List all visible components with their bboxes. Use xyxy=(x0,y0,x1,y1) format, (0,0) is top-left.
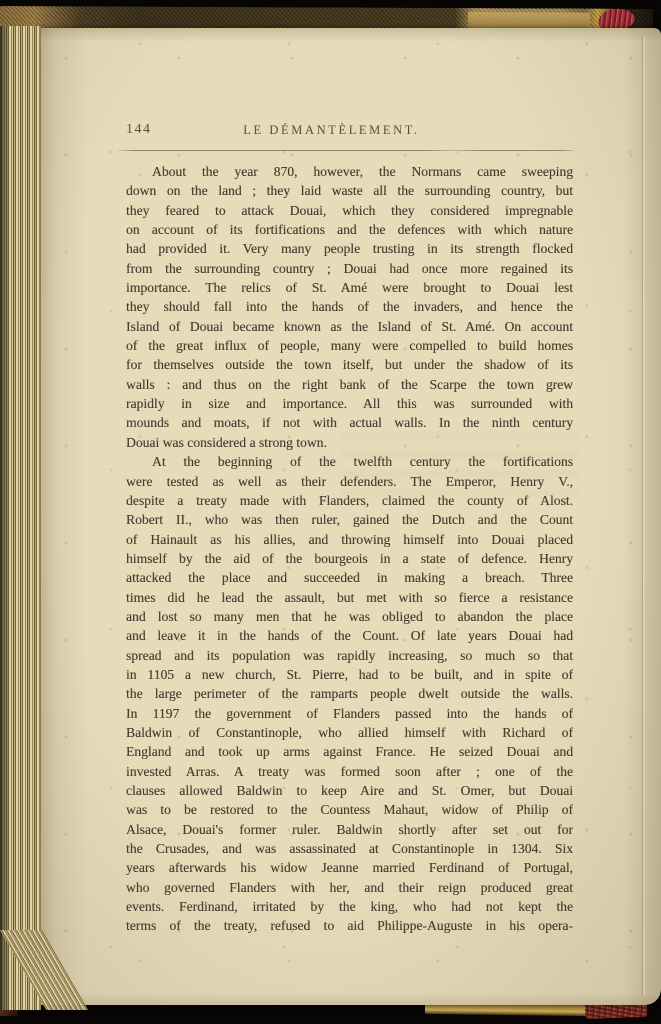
text-line: times did he lead the assault, but met w… xyxy=(126,588,573,607)
text-line: Baldwin of Constantinople, who allied hi… xyxy=(126,723,573,742)
text-line: clauses allowed Baldwin to keep Aire and… xyxy=(126,781,573,800)
text-line: In 1197 the government of Flanders passe… xyxy=(126,704,573,723)
text-line: England and took up arms against France.… xyxy=(126,742,573,761)
text-line: terms of the treaty, refused to aid Phil… xyxy=(126,916,573,935)
text-line: in 1105 a new church, St. Pierre, had to… xyxy=(126,665,573,684)
book-page: 144 LE DÉMANTÈLEMENT. About the year 870… xyxy=(40,28,661,1005)
text-line: rapidly in size and importance. All this… xyxy=(126,394,573,413)
text-line: was to be restored to the Countess Mahau… xyxy=(126,800,573,819)
text-line: they should fall into the hands of the i… xyxy=(126,297,573,316)
text-line: the Crusades, and was assassinated at Co… xyxy=(126,839,573,858)
text-line: of the great influx of people, many were… xyxy=(126,336,573,355)
text-line: from the surrounding country ; Douai had… xyxy=(126,259,573,278)
text-line: Robert II., who was then ruler, gained t… xyxy=(126,510,573,529)
page-body: About the year 870, however, the Normans… xyxy=(126,162,573,936)
text-line: the large perimeter of the ramparts peop… xyxy=(126,684,573,703)
text-line: Alsace, Douai's former ruler. Baldwin sh… xyxy=(126,820,573,839)
text-line: for themselves outside the town itself, … xyxy=(126,355,573,374)
text-line: despite a treaty made with Flanders, cla… xyxy=(126,491,573,510)
text-line: himself by the aid of the bourgeois in a… xyxy=(126,549,573,568)
text-line: events. Ferdinand, irritated by the king… xyxy=(126,897,573,916)
book-photo: { "scan": { "page_number": "144", "runni… xyxy=(0,0,661,1024)
text-line: About the year 870, however, the Normans… xyxy=(126,162,573,181)
text-line: years afterwards his widow Jeanne marrie… xyxy=(126,858,573,877)
text-line: Island of Douai became known as the Isla… xyxy=(126,317,573,336)
text-line: spread and its population was rapidly in… xyxy=(126,646,573,665)
text-line: At the beginning of the twelfth century … xyxy=(126,452,573,471)
text-line: Douai was considered a strong town. xyxy=(126,433,573,452)
text-line: down on the land ; they laid waste all t… xyxy=(126,181,573,200)
page-header: 144 LE DÉMANTÈLEMENT. xyxy=(126,122,573,140)
text-line: and leave it in the hands of the Count. … xyxy=(126,626,573,645)
text-line: invested Arras. A treaty was formed soon… xyxy=(126,762,573,781)
running-header: LE DÉMANTÈLEMENT. xyxy=(126,123,537,138)
page-edge-stack-left xyxy=(0,26,41,1010)
text-line: walls : and thus on the right bank of th… xyxy=(126,375,573,394)
text-line: had provided it. Very many people trusti… xyxy=(126,239,573,258)
text-line: were tested as well as their defenders. … xyxy=(126,472,573,491)
text-line: of Hainault as his allies, and throwing … xyxy=(126,530,573,549)
text-line: attacked the place and succeeded in maki… xyxy=(126,568,573,587)
header-rule xyxy=(118,150,574,151)
text-line: on account of its fortifications and the… xyxy=(126,220,573,239)
text-line: they feared to attack Douai, which they … xyxy=(126,201,573,220)
text-line: who governed Flanders with her, and thei… xyxy=(126,878,573,897)
text-line: and lost so many men that he was obliged… xyxy=(126,607,573,626)
page-fold-line xyxy=(642,36,645,995)
text-line: mounds and moats, if not with actual wal… xyxy=(126,413,573,432)
text-line: importance. The relics of St. Amé were b… xyxy=(126,278,573,297)
